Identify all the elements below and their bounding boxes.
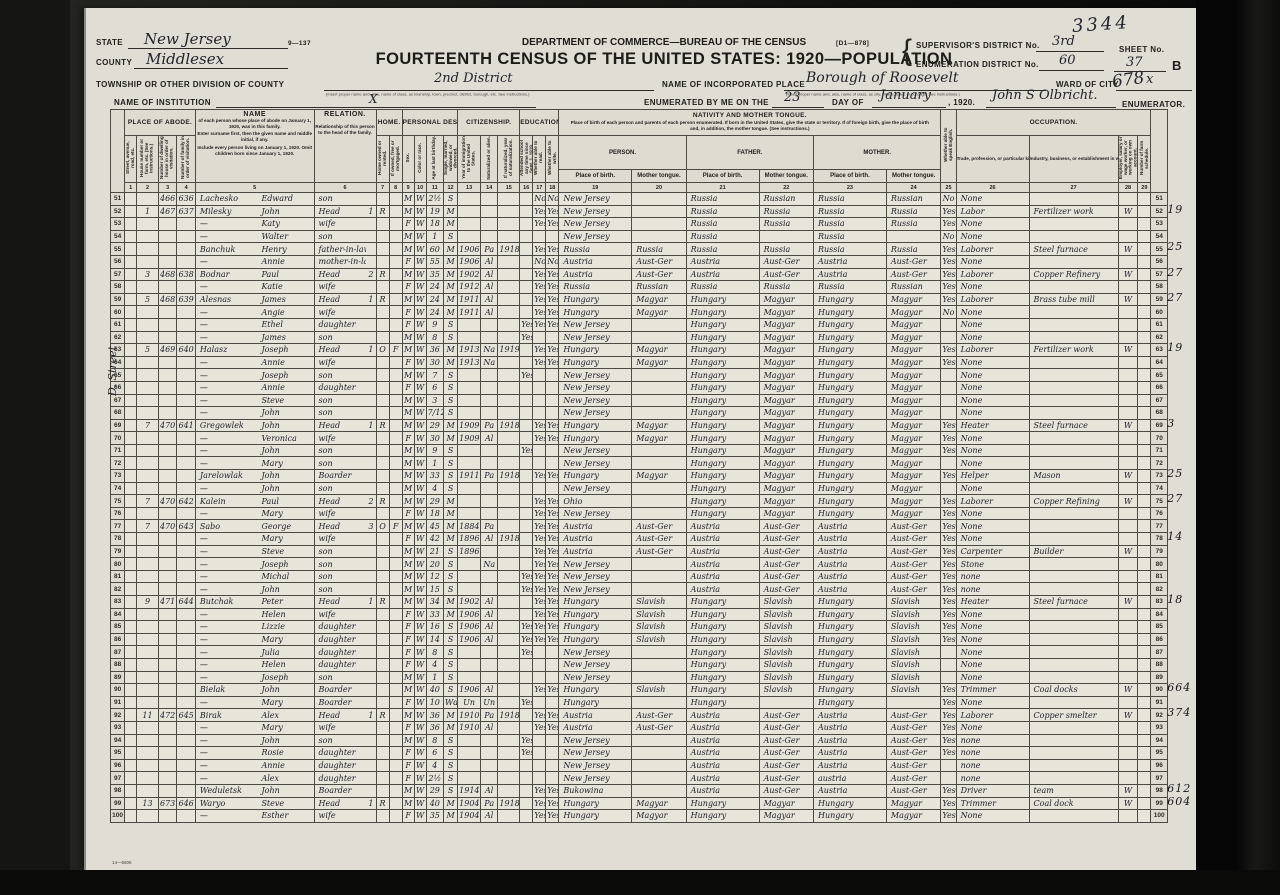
cell-ind: Steel furnace bbox=[1029, 243, 1118, 256]
cell-mt: Aust-Ger bbox=[886, 772, 940, 785]
cell-hm bbox=[376, 507, 389, 520]
census-table-wrap: PLACE OF ABODE. NAME of each person whos… bbox=[110, 109, 1168, 823]
cell-ft: Russia bbox=[759, 281, 813, 294]
cell-dw: 466 bbox=[158, 193, 177, 206]
cell-ny bbox=[498, 268, 520, 281]
cell-mar: M bbox=[443, 721, 457, 734]
census-row: 82—JohnsonMW15SYesYesYesNew JerseyAustri… bbox=[111, 583, 1168, 596]
cell-cl: W bbox=[414, 205, 426, 218]
cell-rel: son bbox=[314, 407, 366, 420]
cell-mg bbox=[389, 457, 402, 470]
census-title: FOURTEENTH CENSUS OF THE UNITED STATES: … bbox=[364, 50, 964, 69]
cell-ind: Steel furnace bbox=[1029, 596, 1118, 609]
cell-ny bbox=[498, 381, 520, 394]
cell-sc bbox=[520, 306, 533, 319]
cell-dw bbox=[158, 558, 177, 571]
cell-rd: Yes bbox=[533, 784, 546, 797]
cell-mb: Russia bbox=[813, 218, 886, 231]
cell-giv: Michal bbox=[257, 570, 314, 583]
cell-hn bbox=[137, 306, 159, 319]
cell-sur: — bbox=[195, 281, 257, 294]
cell-mb: Russia bbox=[813, 230, 886, 243]
cell-wr: Yes bbox=[546, 810, 559, 823]
cell-sur: — bbox=[195, 608, 257, 621]
cell-mar: S bbox=[443, 621, 457, 634]
cell-mt: Russia bbox=[886, 243, 940, 256]
cell-lnR: 60 bbox=[1151, 306, 1168, 319]
census-row: 573468638BodnarPaulHead2RMW35M1902AlYesY… bbox=[111, 268, 1168, 281]
cell-ny bbox=[498, 495, 520, 508]
cell-sur: Jarelowlak bbox=[195, 470, 257, 483]
census-row: 97—AlexdaughterFW2½SNew JerseyAustriaAus… bbox=[111, 772, 1168, 785]
cell-ind: Copper Refinery bbox=[1029, 268, 1118, 281]
cell-en: Yes bbox=[941, 747, 956, 760]
cell-im bbox=[458, 230, 481, 243]
cell-giv: John bbox=[257, 684, 314, 697]
cell-ft bbox=[759, 230, 813, 243]
cell-pt bbox=[632, 747, 686, 760]
cell-rel: wife bbox=[314, 507, 366, 520]
cell-rd bbox=[533, 747, 546, 760]
cell-lnR: 5219 bbox=[1151, 205, 1168, 218]
cell-ft: Magyar bbox=[759, 419, 813, 432]
cell-ind: Builder bbox=[1029, 545, 1118, 558]
cell-lnL: 98 bbox=[111, 784, 125, 797]
cell-rn bbox=[366, 570, 376, 583]
cell-na: Na bbox=[481, 558, 498, 571]
cell-farm bbox=[1138, 696, 1151, 709]
cell-hn bbox=[137, 331, 159, 344]
cell-na bbox=[481, 658, 498, 671]
cell-lnL: 75 bbox=[111, 495, 125, 508]
cell-fb: Russia bbox=[686, 230, 759, 243]
cell-mar: S bbox=[443, 394, 457, 407]
cell-sex: M bbox=[402, 583, 414, 596]
cell-mg bbox=[389, 444, 402, 457]
cell-sc: Yes bbox=[520, 318, 533, 331]
cell-lnR: 68 bbox=[1151, 407, 1168, 420]
cell-hm bbox=[376, 533, 389, 546]
cell-cl: W bbox=[414, 444, 426, 457]
cell-giv: Katy bbox=[257, 218, 314, 231]
cell-mb: Hungary bbox=[813, 482, 886, 495]
margin-annotation: 27 bbox=[1167, 291, 1183, 304]
header-col3: Number of dwelling house in order of vis… bbox=[158, 136, 177, 183]
cell-sur: — bbox=[195, 621, 257, 634]
cell-cl: W bbox=[414, 457, 426, 470]
cell-na bbox=[481, 671, 498, 684]
cell-en: Yes bbox=[941, 621, 956, 634]
cell-mb: Hungary bbox=[813, 356, 886, 369]
cell-fam: 642 bbox=[177, 495, 196, 508]
cell-pt: Slavish bbox=[632, 684, 686, 697]
cell-wr: Yes bbox=[546, 268, 559, 281]
cell-fb: Austria bbox=[686, 734, 759, 747]
cell-mt: Slavish bbox=[886, 596, 940, 609]
cell-lnL: 69 bbox=[111, 419, 125, 432]
cell-st bbox=[125, 470, 137, 483]
cell-sex: M bbox=[402, 268, 414, 281]
cell-ind: Copper smelter bbox=[1029, 709, 1118, 722]
cell-age: 10 bbox=[426, 696, 443, 709]
cell-ind: Brass tube mill bbox=[1029, 293, 1118, 306]
cell-farm bbox=[1138, 268, 1151, 281]
cell-im: 1911 bbox=[458, 293, 481, 306]
margin-annotation: 604 bbox=[1167, 795, 1191, 808]
cell-im bbox=[458, 734, 481, 747]
cell-pt bbox=[632, 734, 686, 747]
cell-rn bbox=[366, 331, 376, 344]
cell-ft: Slavish bbox=[759, 671, 813, 684]
cell-age: 18 bbox=[426, 507, 443, 520]
cell-rn bbox=[366, 608, 376, 621]
census-row: 89—JosephsonMW1SNew JerseyHungarySlavish… bbox=[111, 671, 1168, 684]
cell-ind bbox=[1029, 457, 1118, 470]
cell-sc bbox=[520, 558, 533, 571]
cell-sc bbox=[520, 193, 533, 206]
cell-sex: F bbox=[402, 318, 414, 331]
cell-rel: Head bbox=[314, 344, 366, 357]
cell-ft: Aust-Ger bbox=[759, 709, 813, 722]
cell-na bbox=[481, 507, 498, 520]
header-nativity-title: NATIVITY AND MOTHER TONGUE. bbox=[559, 112, 940, 119]
cell-mt: Magyar bbox=[886, 470, 940, 483]
cell-dw bbox=[158, 507, 177, 520]
cell-mt: Magyar bbox=[886, 381, 940, 394]
cell-sex: F bbox=[402, 621, 414, 634]
cell-hm bbox=[376, 558, 389, 571]
cell-wr bbox=[546, 734, 559, 747]
cell-mt: Russia bbox=[886, 218, 940, 231]
handwritten-3344: 3344 bbox=[1071, 12, 1130, 37]
cell-na: Pa bbox=[481, 243, 498, 256]
cell-wr bbox=[546, 394, 559, 407]
cell-hm: R bbox=[376, 709, 389, 722]
cell-rn bbox=[366, 646, 376, 659]
cell-fb: Austria bbox=[686, 268, 759, 281]
census-row: 84—HelenwifeFW33M1906AlYesYesHungarySlav… bbox=[111, 608, 1168, 621]
cell-sc bbox=[520, 470, 533, 483]
cell-rn bbox=[366, 533, 376, 546]
cell-dw bbox=[158, 470, 177, 483]
cell-mt: Aust-Ger bbox=[886, 545, 940, 558]
cell-sur: — bbox=[195, 432, 257, 445]
cell-rel: wife bbox=[314, 721, 366, 734]
cell-fb: Hungary bbox=[686, 646, 759, 659]
cell-em bbox=[1118, 583, 1138, 596]
district-brace: { bbox=[902, 34, 912, 68]
cell-giv: John bbox=[257, 444, 314, 457]
cell-sex: M bbox=[402, 570, 414, 583]
enumeration-label: ENUMERATION DISTRICT No. bbox=[916, 60, 1039, 69]
cell-hm bbox=[376, 432, 389, 445]
cell-age: 6 bbox=[426, 747, 443, 760]
cell-cl: W bbox=[414, 193, 426, 206]
cell-giv: Angie bbox=[257, 306, 314, 319]
cell-fam: 646 bbox=[177, 797, 196, 810]
cell-pt: Aust-Ger bbox=[632, 255, 686, 268]
cell-rel: Head bbox=[314, 709, 366, 722]
census-row: 777470643SaboGeorgeHead3OFMW45M1884PaYes… bbox=[111, 520, 1168, 533]
cell-im: 1902 bbox=[458, 268, 481, 281]
cell-ft: Magyar bbox=[759, 797, 813, 810]
header-col18: Whether able to write. bbox=[546, 136, 559, 183]
cell-hn bbox=[137, 407, 159, 420]
census-row: 100—EstherwifeFW35M1904AlYesYesHungaryMa… bbox=[111, 810, 1168, 823]
cell-mt: Aust-Ger bbox=[886, 533, 940, 546]
cell-em bbox=[1118, 734, 1138, 747]
census-row: 87—JuliadaughterFW8SYesNew JerseyHungary… bbox=[111, 646, 1168, 659]
cell-ft: Magyar bbox=[759, 356, 813, 369]
cell-giv: Mary bbox=[257, 721, 314, 734]
cell-farm bbox=[1138, 218, 1151, 231]
cell-en bbox=[941, 671, 956, 684]
cell-lnL: 57 bbox=[111, 268, 125, 281]
cell-rd bbox=[533, 671, 546, 684]
cell-fam: 637 bbox=[177, 205, 196, 218]
header-name-note2: Enter surname first, then the given name… bbox=[196, 131, 314, 142]
cell-en bbox=[941, 646, 956, 659]
header-person-pob: Place of birth. bbox=[559, 170, 632, 183]
cell-mg bbox=[389, 495, 402, 508]
cell-en bbox=[941, 331, 956, 344]
cell-fam bbox=[177, 306, 196, 319]
cell-wr bbox=[546, 331, 559, 344]
cell-mt: Aust-Ger bbox=[886, 268, 940, 281]
cell-im bbox=[458, 318, 481, 331]
cell-fb: Austria bbox=[686, 721, 759, 734]
cell-en: Yes bbox=[941, 545, 956, 558]
cell-lnL: 58 bbox=[111, 281, 125, 294]
cell-pb: Hungary bbox=[559, 810, 632, 823]
cell-ind bbox=[1029, 507, 1118, 520]
cell-rn bbox=[366, 432, 376, 445]
cell-fb: Hungary bbox=[686, 696, 759, 709]
cell-age: 14 bbox=[426, 633, 443, 646]
cell-sc bbox=[520, 243, 533, 256]
cell-pb: Austria bbox=[559, 545, 632, 558]
census-row: 67—StevesonMW3SNew JerseyHungaryMagyarHu… bbox=[111, 394, 1168, 407]
cell-hm bbox=[376, 193, 389, 206]
cell-age: 24 bbox=[426, 281, 443, 294]
cell-farm bbox=[1138, 646, 1151, 659]
cell-ft: Magyar bbox=[759, 407, 813, 420]
supervisor-value: 3rd bbox=[1052, 34, 1075, 49]
cell-sur: — bbox=[195, 369, 257, 382]
cell-hm bbox=[376, 772, 389, 785]
cell-mt: Magyar bbox=[886, 507, 940, 520]
cell-na: Al bbox=[481, 268, 498, 281]
cell-giv: Julia bbox=[257, 646, 314, 659]
cell-sex: M bbox=[402, 520, 414, 533]
cell-fb: Hungary bbox=[686, 495, 759, 508]
cell-ft: Aust-Ger bbox=[759, 721, 813, 734]
cell-sur: — bbox=[195, 407, 257, 420]
cell-en bbox=[941, 394, 956, 407]
census-row: 86—MarydaughterFW14S1906AlYesYesYesHunga… bbox=[111, 633, 1168, 646]
cell-oc: None bbox=[956, 218, 1029, 231]
cell-lnR: 7527 bbox=[1151, 495, 1168, 508]
cell-lnR: 88 bbox=[1151, 658, 1168, 671]
cell-en: Yes bbox=[941, 470, 956, 483]
cell-na bbox=[481, 646, 498, 659]
cell-ny bbox=[498, 621, 520, 634]
cell-ft: Magyar bbox=[759, 394, 813, 407]
cell-em: W bbox=[1118, 419, 1138, 432]
cell-ft: Aust-Ger bbox=[759, 759, 813, 772]
cell-ind bbox=[1029, 444, 1118, 457]
cell-mt: Aust-Ger bbox=[886, 721, 940, 734]
cell-ind: Mason bbox=[1029, 470, 1118, 483]
cell-sur: — bbox=[195, 658, 257, 671]
cell-na: Al bbox=[481, 281, 498, 294]
cell-mb: Austria bbox=[813, 545, 886, 558]
cell-hm bbox=[376, 381, 389, 394]
cell-rel: daughter bbox=[314, 318, 366, 331]
cell-sex: F bbox=[402, 218, 414, 231]
cell-en: Yes bbox=[941, 344, 956, 357]
cell-ind bbox=[1029, 671, 1118, 684]
cell-rd: Yes bbox=[533, 810, 546, 823]
cell-cl: W bbox=[414, 507, 426, 520]
cell-rd bbox=[533, 734, 546, 747]
cell-mt: Aust-Ger bbox=[886, 558, 940, 571]
cell-rel: daughter bbox=[314, 747, 366, 760]
cell-em bbox=[1118, 394, 1138, 407]
cell-fam bbox=[177, 318, 196, 331]
cell-age: 35 bbox=[426, 810, 443, 823]
cell-wr: Yes bbox=[546, 419, 559, 432]
cell-hm bbox=[376, 646, 389, 659]
cell-im: 1909 bbox=[458, 432, 481, 445]
cell-hm bbox=[376, 784, 389, 797]
cell-rel: wife bbox=[314, 608, 366, 621]
census-row: 68—JohnsonMW7/12SNew JerseyHungaryMagyar… bbox=[111, 407, 1168, 420]
cell-fam bbox=[177, 218, 196, 231]
cell-pt bbox=[632, 583, 686, 596]
cell-rel: son bbox=[314, 394, 366, 407]
cell-ind bbox=[1029, 608, 1118, 621]
cell-mg bbox=[389, 747, 402, 760]
cell-im: 1896 bbox=[458, 533, 481, 546]
cell-sc bbox=[520, 772, 533, 785]
cell-age: 21 bbox=[426, 545, 443, 558]
cell-wr bbox=[546, 230, 559, 243]
cell-ny: 1918 bbox=[498, 470, 520, 483]
cell-sur: — bbox=[195, 457, 257, 470]
cell-na bbox=[481, 331, 498, 344]
cell-cl: W bbox=[414, 381, 426, 394]
cell-fb: Hungary bbox=[686, 444, 759, 457]
cell-em bbox=[1118, 281, 1138, 294]
cell-rn: 2 bbox=[366, 268, 376, 281]
cell-lnL: 88 bbox=[111, 658, 125, 671]
cell-farm bbox=[1138, 293, 1151, 306]
cell-sur: — bbox=[195, 533, 257, 546]
cell-mb: Russia bbox=[813, 193, 886, 206]
handwritten-678: 678 bbox=[1111, 68, 1146, 92]
cell-em bbox=[1118, 621, 1138, 634]
county-line bbox=[134, 68, 288, 69]
cell-dw bbox=[158, 621, 177, 634]
header-mother-tongue: Mother tongue. bbox=[886, 170, 940, 183]
cell-sur: Lachesko bbox=[195, 193, 257, 206]
cell-lnL: 87 bbox=[111, 646, 125, 659]
cell-sur: Weduletsk bbox=[195, 784, 257, 797]
cell-hn bbox=[137, 281, 159, 294]
cell-pt bbox=[632, 495, 686, 508]
cell-sc: Yes bbox=[520, 633, 533, 646]
cell-mt: Magyar bbox=[886, 419, 940, 432]
cell-mb: Hungary bbox=[813, 407, 886, 420]
cell-pb: New Jersey bbox=[559, 507, 632, 520]
cell-rn: 1 bbox=[366, 205, 376, 218]
cell-em bbox=[1118, 558, 1138, 571]
cell-ny bbox=[498, 747, 520, 760]
cell-na: Al bbox=[481, 255, 498, 268]
cell-sex: M bbox=[402, 482, 414, 495]
census-row: 61—EtheldaughterFW9SYesYesYesNew JerseyH… bbox=[111, 318, 1168, 331]
cell-lnL: 94 bbox=[111, 734, 125, 747]
cell-mg bbox=[389, 218, 402, 231]
county-label: COUNTY bbox=[96, 58, 132, 67]
cell-ft: Magyar bbox=[759, 293, 813, 306]
census-row: 9211472645BirakAlexHead1RMW36M1910Pa1918… bbox=[111, 709, 1168, 722]
census-row: 53—KatywifeFW18MYesYesNew JerseyRussiaRu… bbox=[111, 218, 1168, 231]
cell-rd bbox=[533, 658, 546, 671]
cell-fb: Hungary bbox=[686, 621, 759, 634]
cell-st bbox=[125, 772, 137, 785]
cell-mb: Hungary bbox=[813, 671, 886, 684]
header-col2: House number or farm, etc. (See instruct… bbox=[137, 136, 159, 183]
cell-pb: Hungary bbox=[559, 633, 632, 646]
cell-age: 4 bbox=[426, 482, 443, 495]
census-row: 55BanchukHenryfather-in-lawMW60M1906Pa19… bbox=[111, 243, 1168, 256]
cell-mg bbox=[389, 243, 402, 256]
cell-age: 40 bbox=[426, 797, 443, 810]
cell-st bbox=[125, 218, 137, 231]
cell-sc bbox=[520, 457, 533, 470]
cell-sur: Alesnas bbox=[195, 293, 257, 306]
header-person-tongue: Mother tongue. bbox=[632, 170, 686, 183]
cell-pt bbox=[632, 381, 686, 394]
cell-hn: 13 bbox=[137, 797, 159, 810]
cell-hm: R bbox=[376, 596, 389, 609]
cell-lnL: 72 bbox=[111, 457, 125, 470]
cell-en bbox=[941, 759, 956, 772]
cell-im: 1912 bbox=[458, 281, 481, 294]
cell-ind bbox=[1029, 696, 1118, 709]
cell-pb: Hungary bbox=[559, 470, 632, 483]
cell-fam bbox=[177, 583, 196, 596]
cell-sur: Banchuk bbox=[195, 243, 257, 256]
cell-na: Al bbox=[481, 533, 498, 546]
cell-st bbox=[125, 268, 137, 281]
cell-rd: Yes bbox=[533, 293, 546, 306]
cell-lnR: 79 bbox=[1151, 545, 1168, 558]
cell-dw: 470 bbox=[158, 520, 177, 533]
cell-im bbox=[458, 457, 481, 470]
header-relation-note: Relationship of this person to the head … bbox=[315, 124, 376, 135]
cell-ny bbox=[498, 558, 520, 571]
cell-age: 9 bbox=[426, 444, 443, 457]
cell-farm bbox=[1138, 671, 1151, 684]
cell-hn bbox=[137, 507, 159, 520]
cell-rel: Head bbox=[314, 419, 366, 432]
cell-hn: 11 bbox=[137, 709, 159, 722]
cell-en: Yes bbox=[941, 558, 956, 571]
cell-pb: New Jersey bbox=[559, 583, 632, 596]
